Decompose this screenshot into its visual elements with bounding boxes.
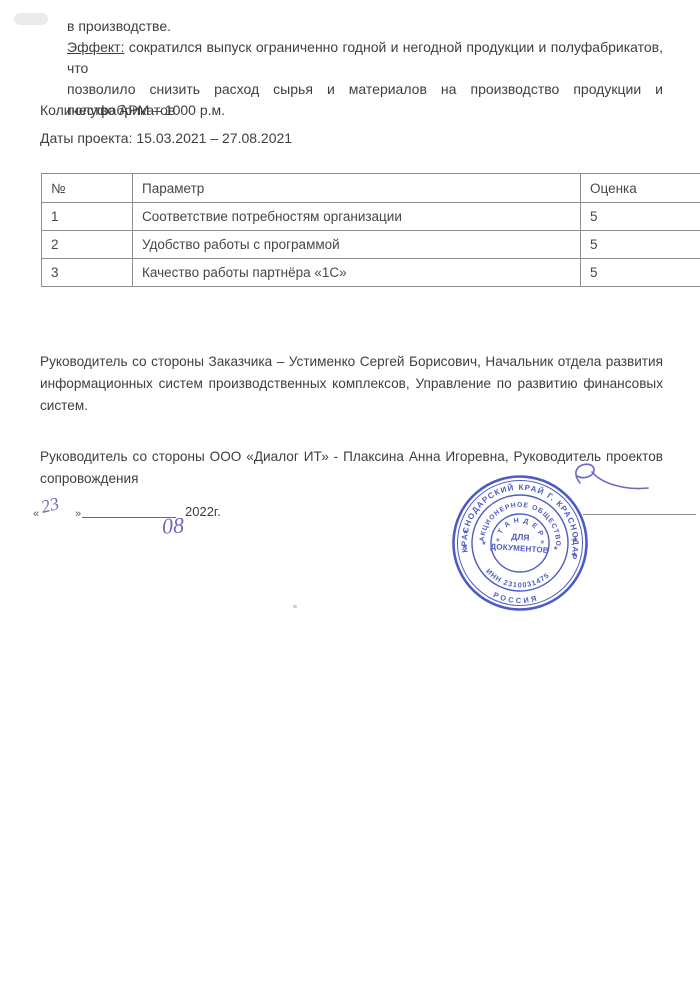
signature-squiggle-icon xyxy=(546,459,652,505)
arm-count-line: Количество АРМ – 1000 р.м. xyxy=(40,102,225,118)
effect-text-1: сократился выпуск ограниченно годной и н… xyxy=(67,39,663,76)
effect-label: Эффект: xyxy=(67,39,124,55)
customer-line: Руководитель со стороны Заказчика – Усти… xyxy=(40,351,663,373)
stamp-inn-text: ИНН 2310031475 xyxy=(483,566,552,592)
scan-smudge xyxy=(14,13,48,25)
row-score: 5 xyxy=(581,203,700,231)
table-row: 2 Удобство работы с программой 5 xyxy=(42,231,700,259)
row-param: Соответствие потребностям организации xyxy=(133,203,581,231)
row-num: 3 xyxy=(42,259,133,287)
header-param: Параметр xyxy=(133,174,581,203)
date-line: « 23 » 08 2022г. xyxy=(33,492,263,524)
continuation-text: в производстве. xyxy=(67,16,663,37)
header-score: Оценка xyxy=(581,174,700,203)
date-year: 2022г. xyxy=(185,504,221,519)
row-param: Качество работы партнёра «1С» xyxy=(133,259,581,287)
project-dates-line: Даты проекта: 15.03.2021 – 27.08.2021 xyxy=(40,130,292,146)
customer-signatory-paragraph: Руководитель со стороны Заказчика – Усти… xyxy=(40,351,663,417)
scanned-document-page: в производстве. Эффект: сократился выпус… xyxy=(0,0,700,990)
row-score: 5 xyxy=(581,231,700,259)
row-num: 1 xyxy=(42,203,133,231)
customer-line: информационных систем производственных к… xyxy=(40,373,663,395)
table-row: 1 Соответствие потребностям организации … xyxy=(42,203,700,231)
handwritten-month: 08 xyxy=(161,512,185,539)
stamp-center-line1: ДЛЯ xyxy=(511,531,530,542)
scan-speck xyxy=(293,605,297,608)
day-open-quote: « xyxy=(33,508,39,520)
stamp-asterisk: * xyxy=(482,539,487,549)
header-num: № xyxy=(42,174,133,203)
month-blank-line: 08 xyxy=(82,517,176,518)
evaluation-table: № Параметр Оценка 1 Соответствие потребн… xyxy=(41,173,700,287)
day-close-quote: » xyxy=(75,508,81,520)
table-header-row: № Параметр Оценка xyxy=(42,174,700,203)
row-num: 2 xyxy=(42,231,133,259)
stamp-asterisk: * xyxy=(554,544,559,554)
table-row: 3 Качество работы партнёра «1С» 5 xyxy=(42,259,700,287)
handwritten-day: 23 xyxy=(39,493,62,518)
effect-paragraph-line1: Эффект: сократился выпуск ограниченно го… xyxy=(67,37,663,79)
row-score: 5 xyxy=(581,259,700,287)
customer-line: систем. xyxy=(40,395,663,417)
row-param: Удобство работы с программой xyxy=(133,231,581,259)
